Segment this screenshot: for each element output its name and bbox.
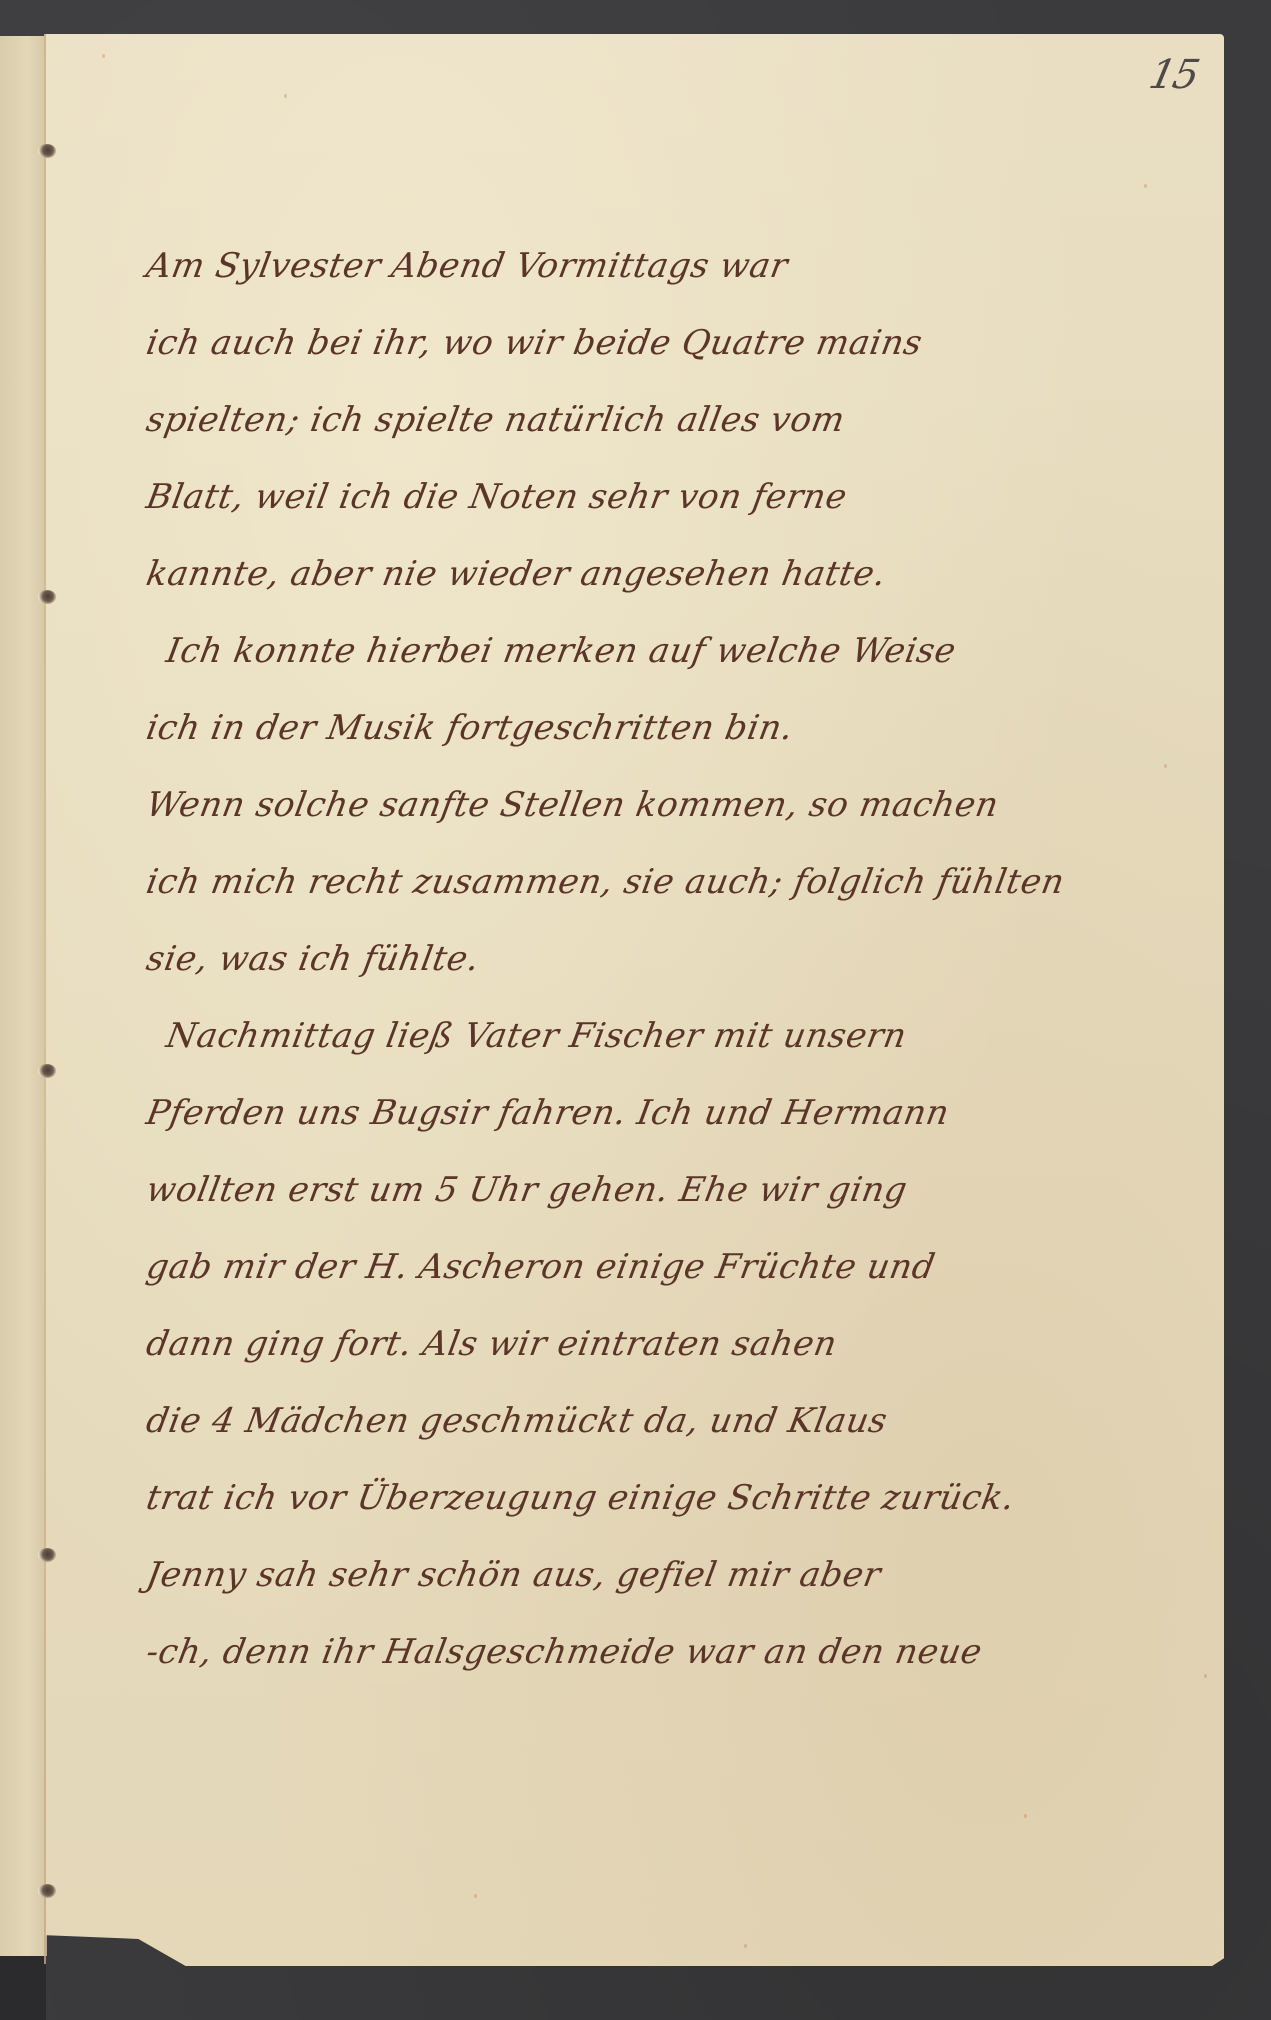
manuscript-line: -ch, denn ihr Halsgeschmeide war an den … — [140, 1614, 1034, 1691]
manuscript-line: dann ging fort. Als wir eintraten sahen — [140, 1306, 1034, 1383]
folio-number: 15 — [1145, 52, 1202, 98]
manuscript-line: sie, was ich fühlte. — [140, 921, 1034, 998]
manuscript-line: ich in der Musik fortgeschritten bin. — [140, 690, 1034, 767]
binding-hole — [38, 1064, 56, 1078]
manuscript-line: die 4 Mädchen geschmückt da, und Klaus — [140, 1383, 1034, 1460]
manuscript-line: Nachmittag ließ Vater Fischer mit unsern — [140, 998, 1034, 1075]
manuscript-line: kannte, aber nie wieder angesehen hatte. — [140, 536, 1034, 613]
gutter-fold — [44, 34, 46, 1964]
manuscript-line: wollten erst um 5 Uhr gehen. Ehe wir gin… — [140, 1152, 1034, 1229]
binding-hole — [38, 1548, 56, 1562]
binding-hole — [38, 590, 56, 604]
handwritten-text-block: Am Sylvester Abend Vormittags war ich au… — [140, 228, 1020, 1691]
manuscript-line: Am Sylvester Abend Vormittags war — [140, 228, 1034, 305]
previous-leaf-edge — [0, 36, 47, 1956]
binding-shadow — [0, 1956, 46, 2020]
manuscript-line: gab mir der H. Ascheron einige Früchte u… — [140, 1229, 1034, 1306]
binding-hole — [38, 144, 56, 158]
manuscript-scan: 15 Am Sylvester Abend Vormittags war ich… — [0, 0, 1271, 2020]
manuscript-line: trat ich vor Überzeugung einige Schritte… — [140, 1460, 1034, 1537]
manuscript-line: ich mich recht zusammen, sie auch; folgl… — [140, 844, 1034, 921]
binding-hole — [38, 1884, 56, 1898]
manuscript-line: ich auch bei ihr, wo wir beide Quatre ma… — [140, 305, 1034, 382]
manuscript-line: Jenny sah sehr schön aus, gefiel mir abe… — [140, 1537, 1034, 1614]
manuscript-line: Wenn solche sanfte Stellen kommen, so ma… — [140, 767, 1034, 844]
manuscript-line: Blatt, weil ich die Noten sehr von ferne — [140, 459, 1034, 536]
manuscript-line: spielten; ich spielte natürlich alles vo… — [140, 382, 1034, 459]
manuscript-line: Ich konnte hierbei merken auf welche Wei… — [140, 613, 1034, 690]
manuscript-line: Pferden uns Bugsir fahren. Ich und Herma… — [140, 1075, 1034, 1152]
